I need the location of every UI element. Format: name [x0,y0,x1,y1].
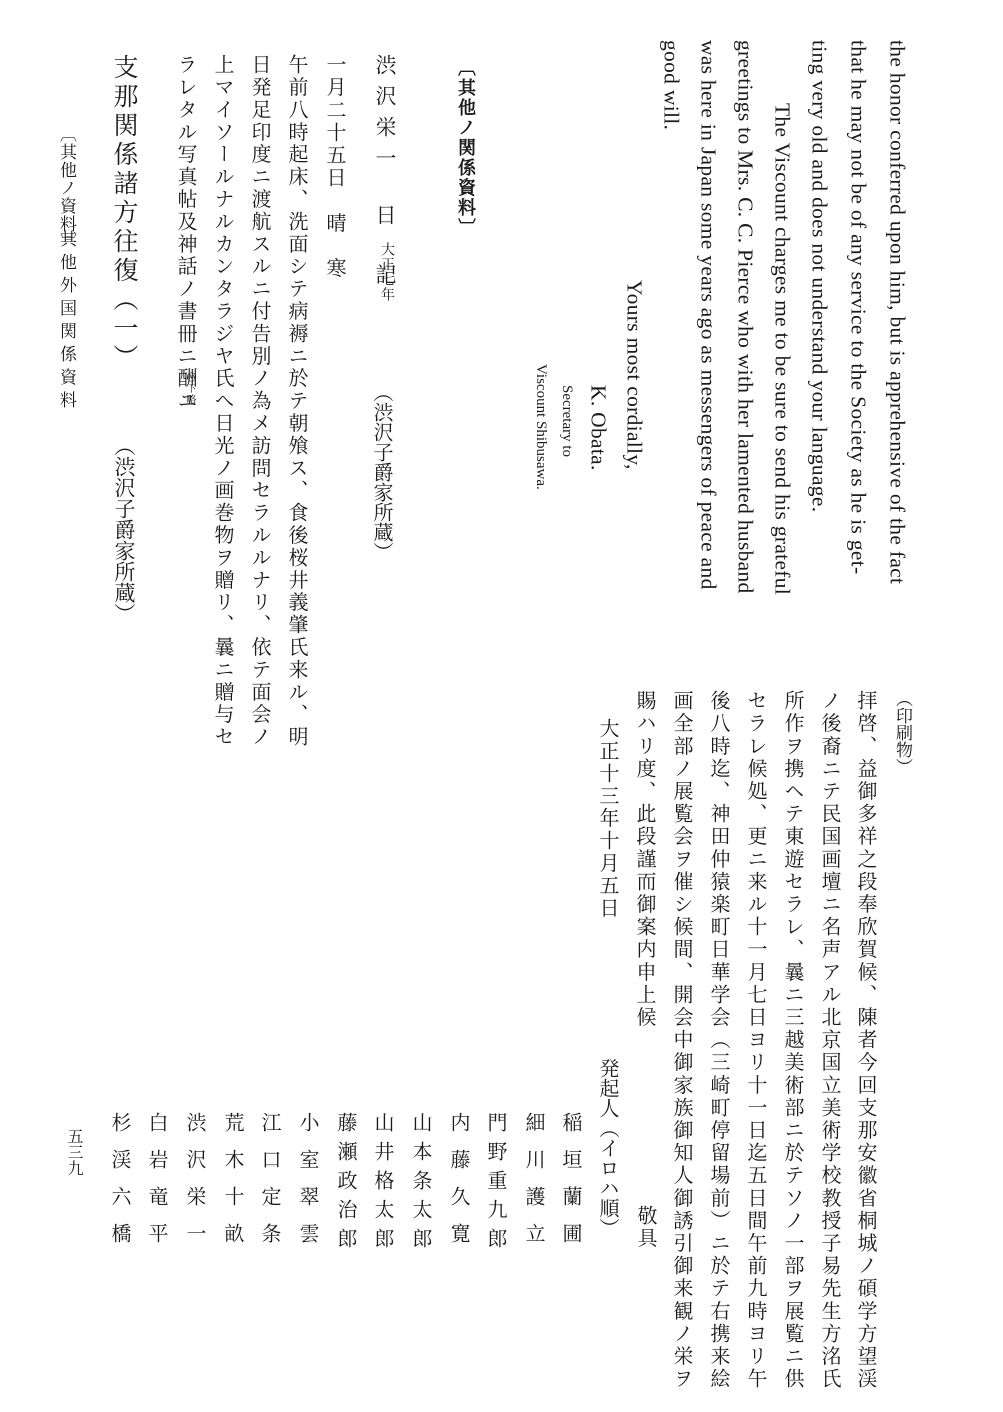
letter-line: good will. [660,40,682,130]
omitted-note: 〇下略 [184,372,194,405]
letter-signer-title: Viscount Shibusawa. [533,364,548,490]
promoter-name: 門野重九郎 [486,1112,506,1257]
notice-line: セラレ候処、更ニ来ル十一月七日ヨリ十一日迄五日間午前九時ヨリ午 [746,690,766,1391]
letter-line: The Viscount charges me to be sure to se… [771,103,793,595]
diary-entry-line: 日発足印度ニ渡航スルニ付告別ノ為メ訪問セラルルナリ、依テ面会ノ [250,54,270,748]
notice-line: 所作ヲ携ヘテ東遊セラレ、曩ニ三越美術部ニ於テソノ一部ヲ展覧ニ供 [783,690,803,1391]
diary-source: （渋沢子爵家所蔵） [372,382,392,562]
section-name: 其他外国関係資料 [57,230,74,414]
diary-entry-line: 上マイソールナルカンタラジヤ氏へ日光ノ画巻物ヲ贈リ、曩ニ贈与セ [213,54,233,748]
promoter-name: 細川護立 [524,1112,544,1260]
promoter-name: 山本条太郎 [411,1112,431,1257]
notice-line: 拝啓、益御多祥之段奉欣賀候、陳者今回支那安徽省桐城ノ碩学方望渓 [856,690,876,1391]
promoter-name: 山井格太郎 [373,1112,393,1257]
notice-closing: 敬具 [636,1205,656,1250]
letter-line: that he may not be of any service to the… [847,40,869,574]
letter-closing: Yours most cordially, [623,280,645,470]
letter-signer-title: Secretary to [559,385,574,457]
diary-entry-line: 午前八時起床、洗面シテ病褥ニ於テ朝飧ス、食後桜井義肇氏来ル、明 [287,54,307,748]
promoter-name: 小室翠雲 [298,1112,318,1260]
promoter-name: 稲垣蘭圃 [561,1112,581,1260]
running-title: 支那関係諸方往復（一） [106,54,142,373]
letter-signature: K. Obata. [587,385,609,471]
notice-line: ノ後裔ニテ民国画壇ニ名声アル北京国立美術学校教授子易先生方洺氏 [820,690,840,1391]
notice-line: 画全部ノ展覧会ヲ催シ候間、開会中御家族御知人御誘引御来観ノ栄ヲ [672,690,692,1391]
diary-title-part: 日 [373,204,397,228]
letter-line: greetings to Mrs. C. C. Pierce who with … [734,40,756,594]
promoters-label: 発起人（イロハ順） [598,1058,618,1238]
promoter-name: 江口定条 [260,1112,280,1260]
promoter-name: 白岩竜平 [147,1112,167,1260]
notice-label: （印刷物） [893,690,910,775]
diary-year: 大正七年 [380,242,394,302]
notice-date: 大正十三年十月五日 [598,718,618,920]
letter-line: ting very old and does not understand yo… [808,40,830,512]
notice-line: 後八時迄、神田仲猿楽町日華学会（三崎町停留場前）ニ於テ右携来絵 [709,690,729,1391]
promoter-name: 渋沢栄一 [185,1112,205,1260]
diary-title-part: 渋沢栄一 [373,54,397,178]
letter-line: was here in Japan some years ago as mess… [697,40,719,590]
diary-entry-line: ラレタル写真帖及神話ノ書冊ニ酬ユ [176,54,196,412]
notice-line: 賜ハリ度、此段謹而御案内申上候 [635,690,655,1029]
page-number: 五三九 [66,1128,82,1176]
promoter-name: 藤瀬政治郎 [336,1112,356,1257]
promoter-name: 荒木十畝 [223,1112,243,1260]
diary-entry-date: 一月二十五日 晴 寒 [325,54,345,280]
entry-source: （渋沢子爵家所蔵） [113,435,134,624]
section-heading: 〔其他ノ関係資料〕 [452,58,478,238]
promoter-name: 内藤久寛 [449,1112,469,1260]
promoter-name: 杉渓六橋 [110,1112,130,1260]
letter-line: the honor conferred upon him, but is app… [886,40,908,584]
